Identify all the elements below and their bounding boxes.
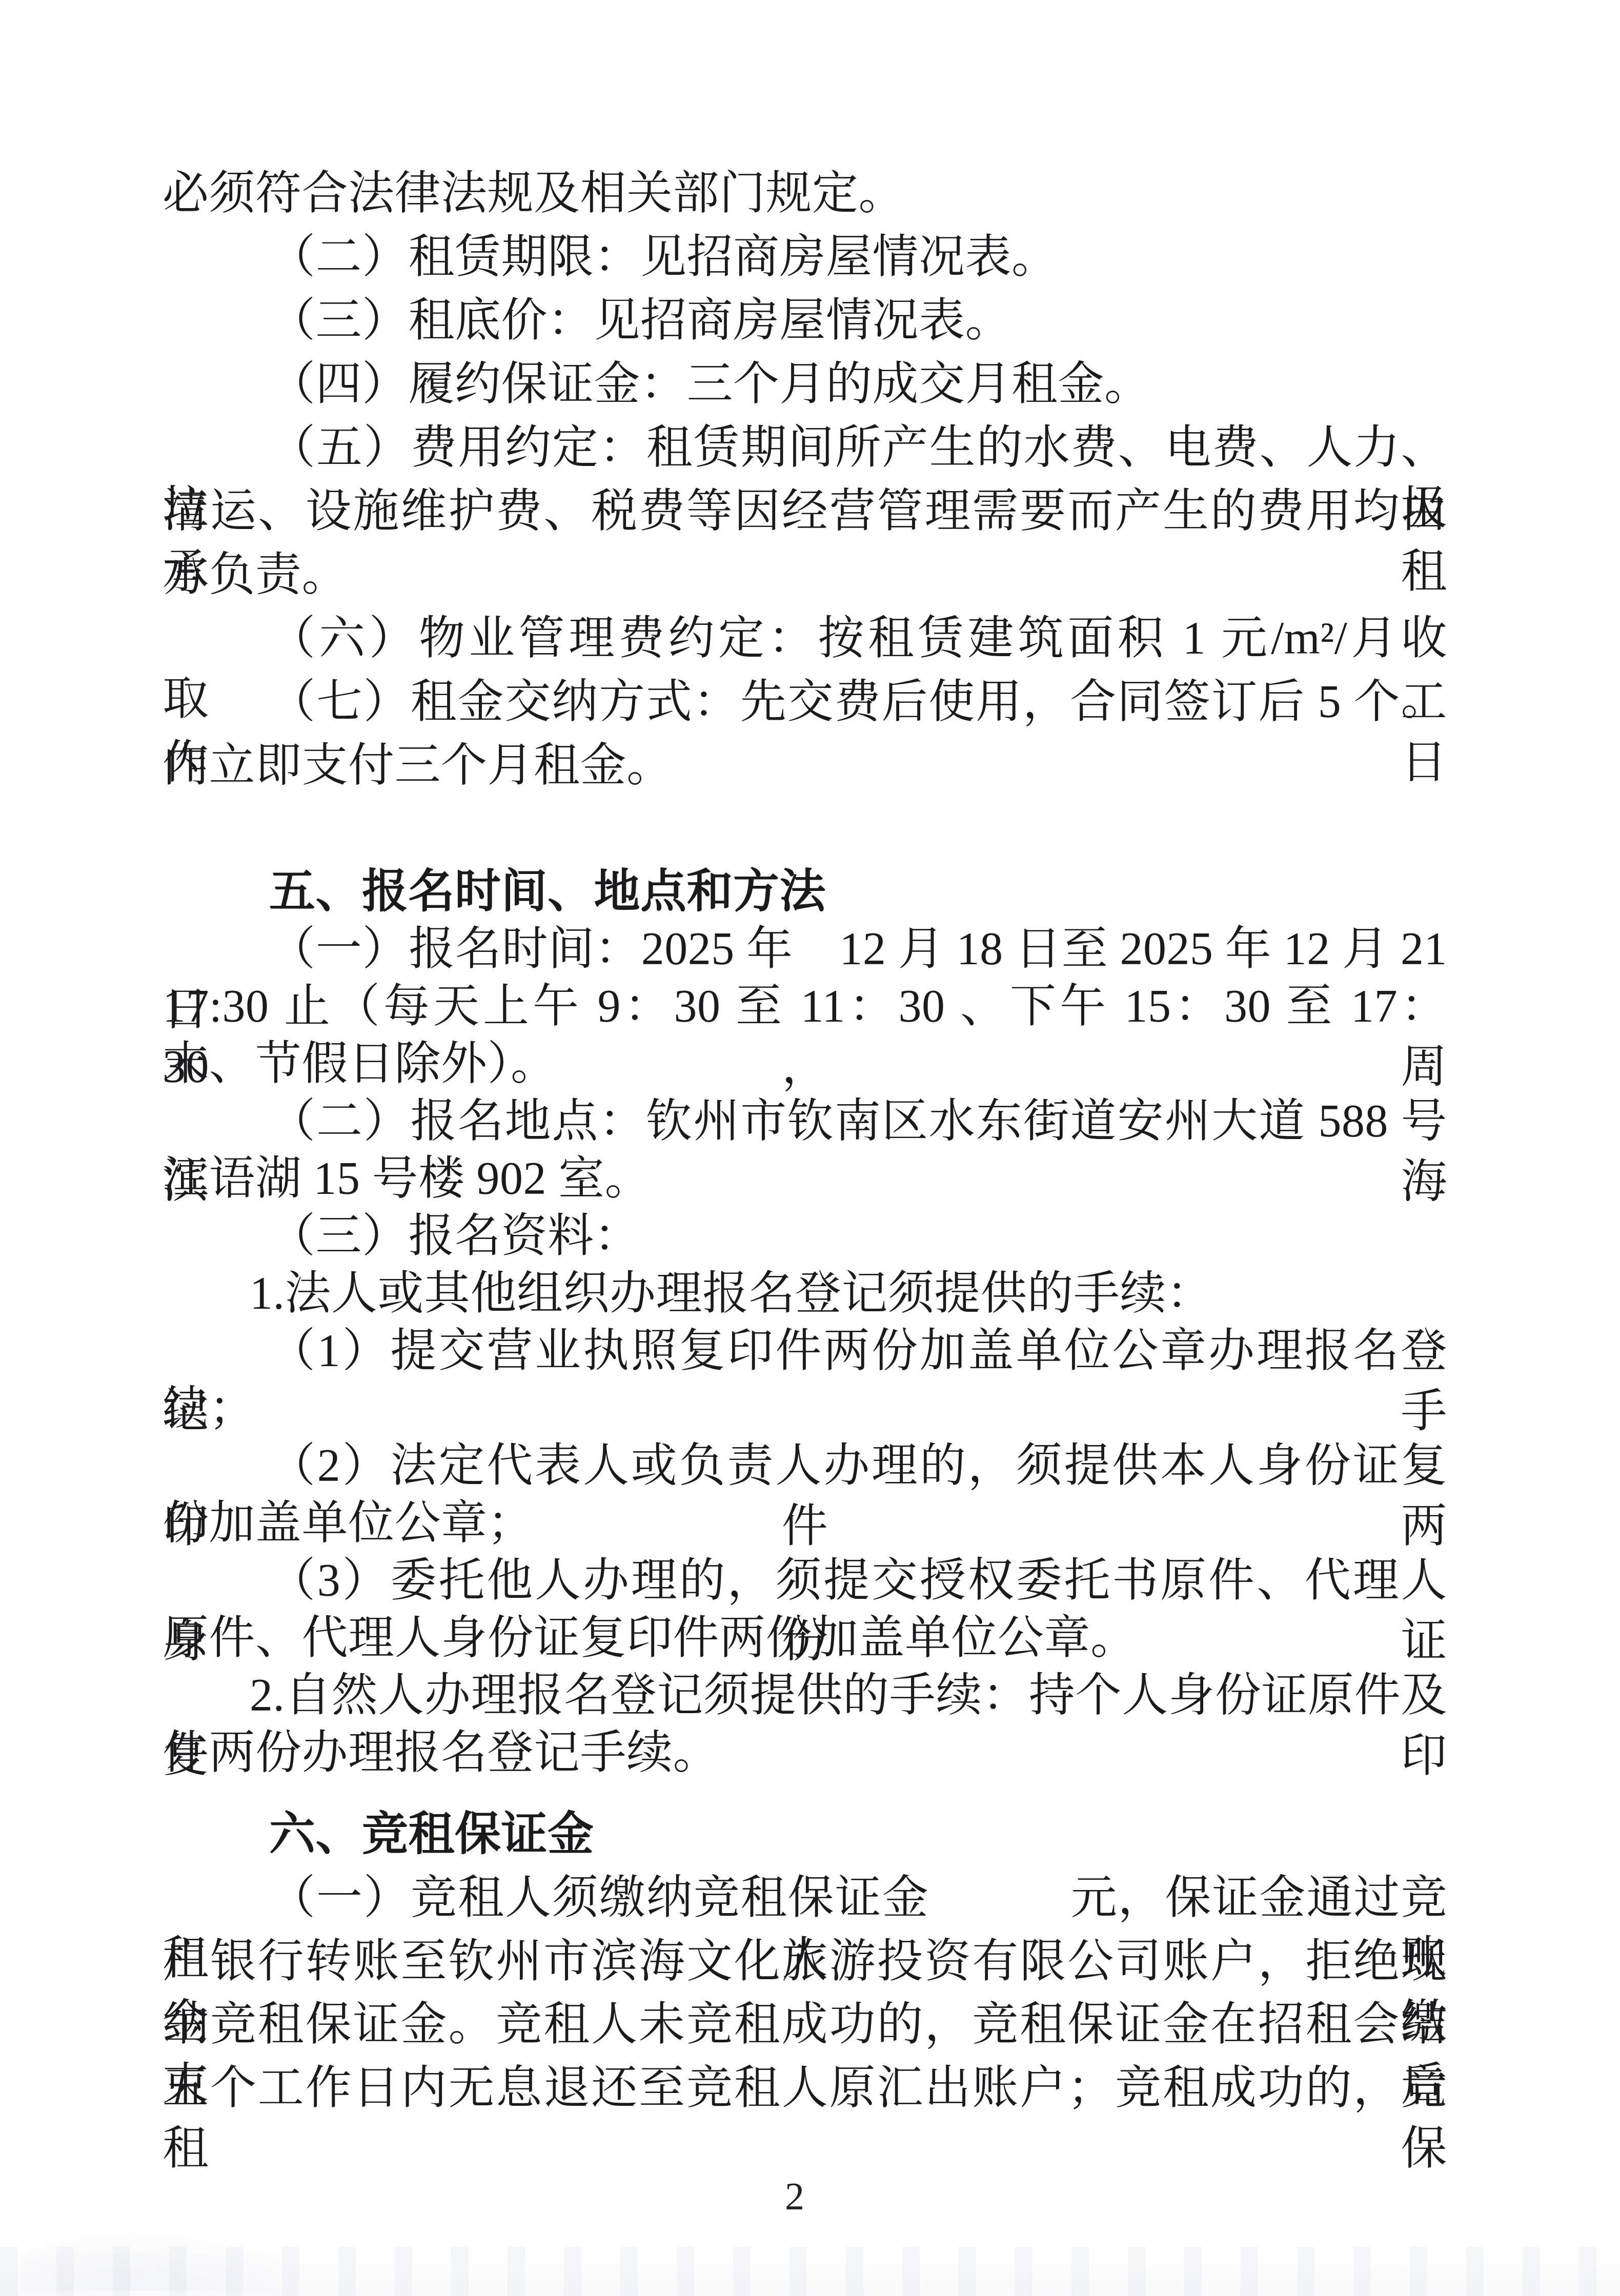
doc-line: （四）履约保证金：三个月的成交月租金。 <box>163 354 1447 415</box>
doc-line: 件两份办理报名登记手续。 <box>163 1723 1447 1783</box>
doc-line: 江语湖 15 号楼 902 室。 <box>163 1149 1447 1209</box>
doc-line: 方负责。 <box>163 545 1447 605</box>
doc-line: （三）报名资料： <box>163 1206 1447 1267</box>
doc-line: （二）租赁期限：见招商房屋情况表。 <box>163 227 1447 288</box>
document-page: 必须符合法律法规及相关部门规定。 （二）租赁期限：见招商房屋情况表。 （三）租底… <box>0 0 1620 2296</box>
doc-line: 续； <box>163 1378 1447 1439</box>
doc-line: （三）租底价：见招商房屋情况表。 <box>163 291 1447 351</box>
doc-line: 1.法人或其他组织办理报名登记须提供的手续： <box>163 1264 1447 1324</box>
doc-line: 五个工作日内无息退还至竞租人原汇出账户；竞租成功的，竞租保 <box>163 2058 1447 2179</box>
doc-line: 内立即支付三个月租金。 <box>163 736 1447 796</box>
doc-line: 必须符合法律法规及相关部门规定。 <box>163 164 1447 224</box>
section-heading: 五、报名时间、地点和方法 <box>163 862 1447 922</box>
doc-line: 份加盖单位公章； <box>163 1493 1447 1554</box>
scan-smudge <box>21 2219 308 2291</box>
scan-noise-bottom <box>0 2247 1620 2296</box>
doc-line: 原件、代理人身份证复印件两份加盖单位公章。 <box>163 1608 1447 1669</box>
doc-line: 末、节假日除外）。 <box>163 1034 1447 1094</box>
page-number: 2 <box>0 2173 1589 2220</box>
section-heading: 六、竞租保证金 <box>163 1804 1447 1865</box>
